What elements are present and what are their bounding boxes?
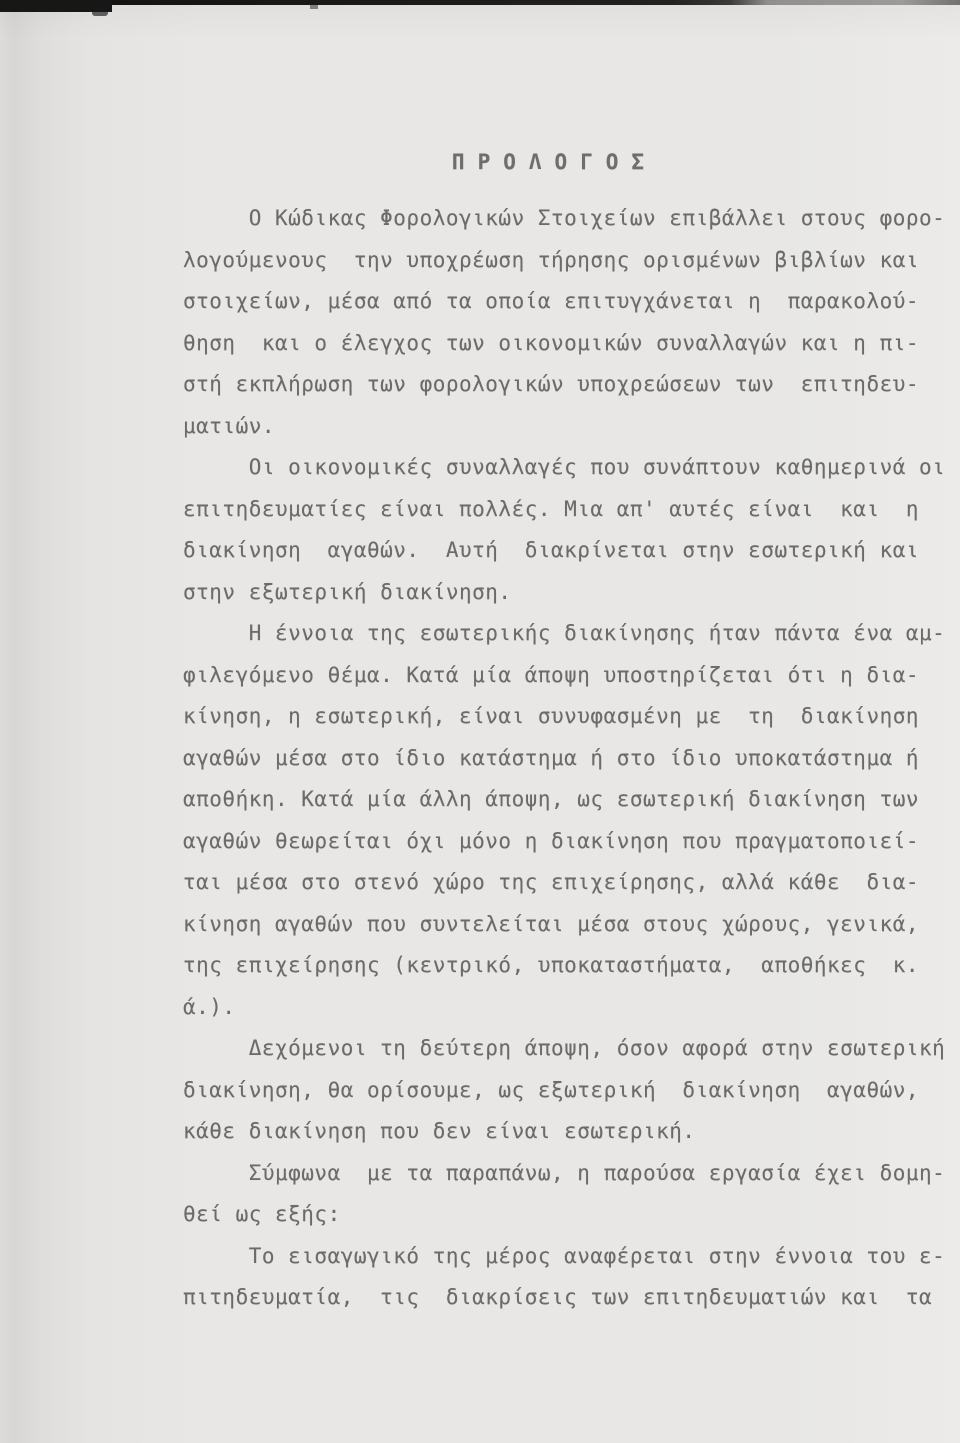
page-title: ΠΡΟΛΟΓΟΣ — [183, 148, 913, 176]
text-line: Η έννοια της εσωτερικής διακίνησης ήταν … — [183, 613, 913, 655]
text-line: της επιχείρησης (κεντρικό, υποκαταστήματ… — [183, 945, 913, 987]
paragraph: Σύμφωνα με τα παραπάνω, η παρούσα εργασί… — [183, 1153, 913, 1236]
text-line: διακίνηση, θα ορίσουμε, ως εξωτερική δια… — [183, 1070, 913, 1112]
text-line: επιτηδευματίες είναι πολλές. Μια απ' αυτ… — [183, 489, 913, 531]
text-line: Δεχόμενοι τη δεύτερη άποψη, όσον αφορά σ… — [183, 1028, 913, 1070]
paragraph: Οι οικονομικές συναλλαγές που συνάπτουν … — [183, 447, 913, 613]
text-line: Σύμφωνα με τα παραπάνω, η παρούσα εργασί… — [183, 1153, 913, 1195]
text-line: κάθε διακίνηση που δεν είναι εσωτερική. — [183, 1111, 913, 1153]
paragraph: Η έννοια της εσωτερικής διακίνησης ήταν … — [183, 613, 913, 1028]
text-line: λογούμενους την υποχρέωση τήρησης ορισμέ… — [183, 240, 913, 282]
text-line: πιτηδευματία, τις διακρίσεις των επιτηδε… — [183, 1277, 913, 1319]
text-line: Οι οικονομικές συναλλαγές που συνάπτουν … — [183, 447, 913, 489]
scan-edge-bar — [0, 0, 960, 5]
paragraph: Ο Κώδικας Φορολογικών Στοιχείων επιβάλλε… — [183, 198, 913, 447]
document-body: Ο Κώδικας Φορολογικών Στοιχείων επιβάλλε… — [183, 198, 913, 1319]
text-line: αποθήκη. Κατά μία άλλη άποψη, ως εσωτερι… — [183, 779, 913, 821]
text-line: θεί ως εξής: — [183, 1194, 913, 1236]
text-line: στην εξωτερική διακίνηση. — [183, 572, 913, 614]
text-line: ά.). — [183, 987, 913, 1029]
text-line: θηση και ο έλεγχος των οικονομικών συναλ… — [183, 323, 913, 365]
text-line: κίνηση αγαθών που συντελείται μέσα στους… — [183, 904, 913, 946]
text-line: κίνηση, η εσωτερική, είναι συνυφασμένη μ… — [183, 696, 913, 738]
text-line: στή εκπλήρωση των φορολογικών υποχρεώσεω… — [183, 364, 913, 406]
text-line: αγαθών μέσα στο ίδιο κατάστημα ή στο ίδι… — [183, 738, 913, 780]
paragraph: Το εισαγωγικό της μέρος αναφέρεται στην … — [183, 1236, 913, 1319]
text-line: αγαθών θεωρείται όχι μόνο η διακίνηση πο… — [183, 821, 913, 863]
paragraph: Δεχόμενοι τη δεύτερη άποψη, όσον αφορά σ… — [183, 1028, 913, 1153]
scanned-page: ΠΡΟΛΟΓΟΣ Ο Κώδικας Φορολογικών Στοιχείων… — [0, 0, 960, 1443]
scan-edge-bar-notch — [92, 11, 108, 16]
text-line: φιλεγόμενο θέμα. Κατά μία άποψη υποστηρί… — [183, 655, 913, 697]
text-line: ται μέσα στο στενό χώρο της επιχείρησης,… — [183, 862, 913, 904]
scan-edge-speck — [310, 5, 318, 9]
text-line: Ο Κώδικας Φορολογικών Στοιχείων επιβάλλε… — [183, 198, 913, 240]
text-line: ματιών. — [183, 406, 913, 448]
text-line: στοιχείων, μέσα από τα οποία επιτυγχάνετ… — [183, 281, 913, 323]
text-line: Το εισαγωγικό της μέρος αναφέρεται στην … — [183, 1236, 913, 1278]
document-content: ΠΡΟΛΟΓΟΣ Ο Κώδικας Φορολογικών Στοιχείων… — [183, 148, 913, 1319]
text-line: διακίνηση αγαθών. Αυτή διακρίνεται στην … — [183, 530, 913, 572]
